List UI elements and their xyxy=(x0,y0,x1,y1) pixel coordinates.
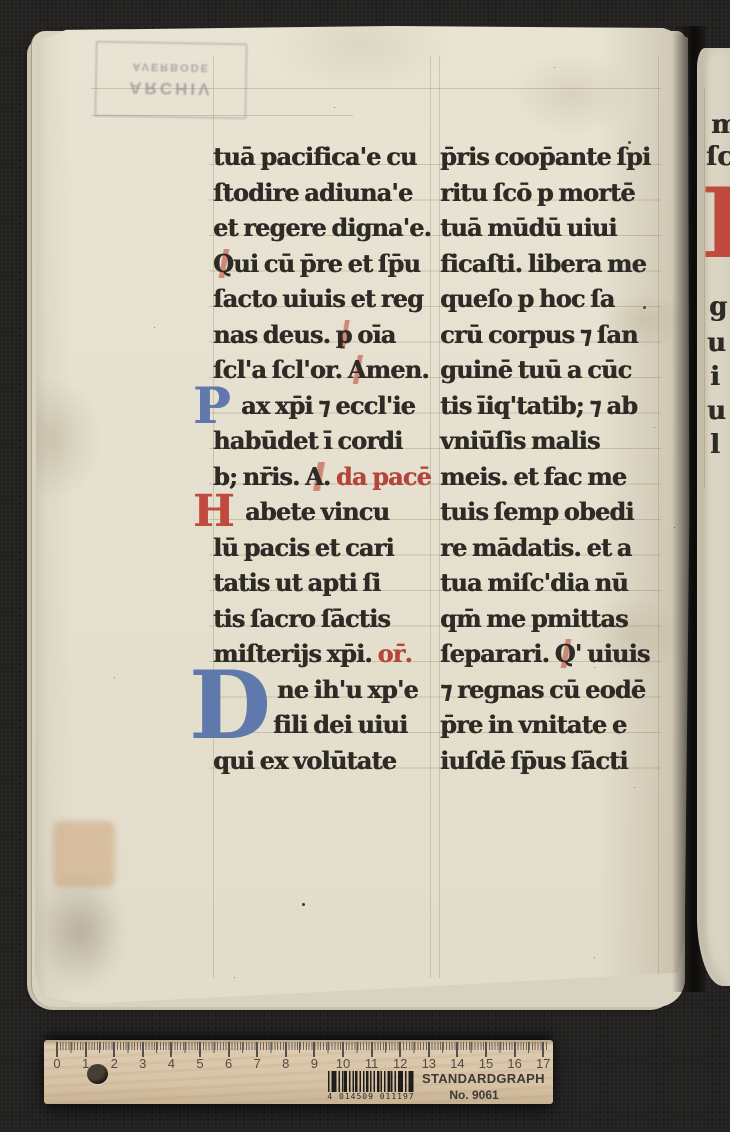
illuminated-initial-d: D xyxy=(189,659,271,753)
ruler-cm-tick xyxy=(142,1042,144,1057)
text-line: ax xp̄i ⁊ eccl'ie xyxy=(213,389,431,425)
parchment-specks xyxy=(628,141,631,144)
ruler-cm-number: 10 xyxy=(332,1056,354,1071)
ruler-cm-tick xyxy=(514,1042,516,1057)
text-line: re mādatis. et a xyxy=(440,531,658,567)
text-line: ſeparari. Q' uiuis xyxy=(440,637,658,673)
text-segment: ne ih'u xp'e xyxy=(277,675,418,704)
text-segment: A. xyxy=(305,462,330,491)
text-line: tatis ut apti ſi xyxy=(213,566,431,602)
text-segment: tis ſacro ſāctis xyxy=(213,604,390,633)
illuminated-initial-h: H xyxy=(193,490,235,534)
text-segment: lū pacis et cari xyxy=(213,533,394,562)
smudge-stain xyxy=(35,871,125,991)
text-segment: b; nr̄is. xyxy=(213,462,305,491)
facing-page-red-initial: L xyxy=(701,176,730,272)
ruler-model-number: No. 9061 xyxy=(422,1088,526,1102)
text-line: lū pacis et cari xyxy=(213,531,431,567)
text-segment: men. xyxy=(366,355,429,384)
text-line: Qui cū p̄re et ſp̄u xyxy=(213,247,431,283)
text-line: p̄re in vnitate e xyxy=(440,708,658,744)
text-line: abete vincu xyxy=(213,495,431,531)
ruler-cm-tick xyxy=(56,1042,58,1057)
facing-text-fragment: u xyxy=(707,398,726,424)
text-segment: or̄. xyxy=(377,639,412,668)
ruler-cm-tick xyxy=(228,1042,230,1057)
ruler-cm-number: 13 xyxy=(418,1056,440,1071)
text-segment: habūdet ī cordi xyxy=(213,426,402,455)
text-line: b; nr̄is. A. da pacē xyxy=(213,460,431,496)
ruler-cm-number: 12 xyxy=(389,1056,411,1071)
ruler: 01234567891011121314151617 4 014509 0111… xyxy=(44,1040,553,1104)
text-line: ſcl'a ſcl'or. Amen. xyxy=(213,353,431,389)
text-line: ſtodire adiuna'e xyxy=(213,176,431,212)
ruler-brand: STANDARDGRAPH xyxy=(422,1071,526,1086)
text-column-left: P H D tuā pacifica'e cuſtodire adiuna'ee… xyxy=(213,140,431,779)
text-segment: ax xp̄i ⁊ eccl'ie xyxy=(241,391,415,420)
facing-text-fragment: g xyxy=(709,294,727,320)
facing-text-fragment: u xyxy=(707,330,726,356)
text-segment: p̄ris coop̄ante ſpi xyxy=(440,142,650,171)
ruler-cm-tick xyxy=(199,1042,201,1057)
ruler-cm-number: 5 xyxy=(189,1056,211,1071)
ruling-line-vertical xyxy=(704,88,705,488)
facing-text-fragment: m xyxy=(711,112,730,138)
ruler-cm-number: 3 xyxy=(132,1056,154,1071)
ruler-hanging-hole xyxy=(87,1064,108,1084)
text-line: et regere digna'e. xyxy=(213,211,431,247)
text-segment: p xyxy=(336,320,352,349)
ruler-cm-number: 11 xyxy=(361,1056,383,1071)
ruler-cm-number: 8 xyxy=(275,1056,297,1071)
text-segment: tatis ut apti ſi xyxy=(213,568,380,597)
ruler-cm-number: 7 xyxy=(246,1056,268,1071)
text-line: vniūſis malis xyxy=(440,424,658,460)
facing-text-fragment: l xyxy=(710,432,720,458)
text-segment: tis īiq'tatib; ⁊ ab xyxy=(440,391,637,420)
text-segment: et regere digna'e. xyxy=(213,213,431,242)
text-segment: ſtodire adiuna'e xyxy=(213,178,412,207)
text-segment: fili dei uiui xyxy=(273,710,407,739)
ruler-cm-tick xyxy=(85,1042,87,1057)
text-column-right: p̄ris coop̄ante ſpiritu ſcō p mortētuā m… xyxy=(440,140,658,779)
ruler-cm-number: 6 xyxy=(218,1056,240,1071)
ruler-cm-tick xyxy=(542,1042,544,1057)
text-segment: p̄re in vnitate e xyxy=(440,710,626,739)
ruler-cm-tick xyxy=(256,1042,258,1057)
text-line: meis. et fac me xyxy=(440,460,658,496)
text-segment: re mādatis. et a xyxy=(440,533,631,562)
text-line: guinē tuū a cūc xyxy=(440,353,658,389)
text-segment: tuā mūdū uiui xyxy=(440,213,617,242)
text-segment: ſeparari. xyxy=(440,639,555,668)
ruler-cm-tick xyxy=(428,1042,430,1057)
ruler-cm-tick xyxy=(313,1042,315,1057)
text-line: tuā mūdū uiui xyxy=(440,211,658,247)
ruler-cm-number: 0 xyxy=(46,1056,68,1071)
text-segment: tua miſc'dia nū xyxy=(440,568,628,597)
facing-text-fragment: i xyxy=(710,364,720,390)
ruling-line-margin xyxy=(91,115,353,116)
text-segment: guinē tuū a cūc xyxy=(440,355,631,384)
text-segment: Q xyxy=(213,249,233,278)
ruler-cm-tick xyxy=(170,1042,172,1057)
ruler-cm-number: 9 xyxy=(303,1056,325,1071)
text-segment: da pacē xyxy=(336,462,431,491)
text-segment: tuā pacifica'e cu xyxy=(213,142,417,171)
text-segment: qm̄ me pmittas xyxy=(440,604,628,633)
facing-page-edge: L mſcguiul xyxy=(697,48,730,986)
text-segment: A xyxy=(348,355,366,384)
text-line: qm̄ me pmittas xyxy=(440,602,658,638)
text-line: tis ſacro ſāctis xyxy=(213,602,431,638)
text-line: tis īiq'tatib; ⁊ ab xyxy=(440,389,658,425)
text-line: ⁊ regnas cū eodē xyxy=(440,673,658,709)
text-segment: ſcl'a ſcl'or. xyxy=(213,355,348,384)
text-line: crū corpus ⁊ ſan xyxy=(440,318,658,354)
ruler-cm-tick xyxy=(342,1042,344,1057)
text-segment: ui cū p̄re et ſp̄u xyxy=(233,249,420,278)
text-segment: abete vincu xyxy=(245,497,389,526)
text-segment: meis. et fac me xyxy=(440,462,626,491)
ruler-cm-tick xyxy=(456,1042,458,1057)
text-line: ritu ſcō p mortē xyxy=(440,176,658,212)
text-segment: ' uiuis xyxy=(575,639,650,668)
barcode xyxy=(328,1071,414,1092)
text-segment: ficaſti. libera me xyxy=(440,249,646,278)
text-segment: tuis ſemp obedi xyxy=(440,497,634,526)
text-segment: Q xyxy=(555,639,575,668)
text-segment: vniūſis malis xyxy=(440,426,600,455)
barcode-digits: 4 014509 011197 xyxy=(324,1092,418,1101)
stamp-text-line2: AVERBODE xyxy=(132,61,210,74)
text-segment: queſo p hoc ſa xyxy=(440,284,614,313)
facing-text-fragment: ſc xyxy=(706,144,730,170)
text-line: iuſdē ſp̄us ſācti xyxy=(440,744,658,780)
photo-of-manuscript: { "manuscript": { "stamp": {"line1": "AR… xyxy=(0,0,730,1132)
ruling-line-margin xyxy=(91,88,661,89)
ruling-line-vertical xyxy=(658,56,659,978)
ruler-half-cm-ticks xyxy=(57,1042,549,1053)
text-line: ſacto uiuis et reg xyxy=(213,282,431,318)
ruler-cm-tick xyxy=(399,1042,401,1057)
text-segment: nas deus. xyxy=(213,320,336,349)
ruler-cm-tick xyxy=(113,1042,115,1057)
text-line: tuis ſemp obedi xyxy=(440,495,658,531)
ruler-cm-number: 4 xyxy=(160,1056,182,1071)
text-segment: crū corpus ⁊ ſan xyxy=(440,320,638,349)
ruler-cm-number: 16 xyxy=(504,1056,526,1071)
text-line: ficaſti. libera me xyxy=(440,247,658,283)
ruler-cm-tick xyxy=(371,1042,373,1057)
text-segment: ſacto uiuis et reg xyxy=(213,284,423,313)
manuscript-page: ARCHIV AVERBODE P H D tuā pacifica'e cuſ… xyxy=(33,26,690,1008)
ruler-cm-number: 14 xyxy=(446,1056,468,1071)
text-line: tua miſc'dia nū xyxy=(440,566,658,602)
ruler-cm-number: 15 xyxy=(475,1056,497,1071)
text-line: habūdet ī cordi xyxy=(213,424,431,460)
text-line: nas deus. p oīa xyxy=(213,318,431,354)
ruler-cm-tick xyxy=(485,1042,487,1057)
text-line: queſo p hoc ſa xyxy=(440,282,658,318)
ruler-cm-tick xyxy=(285,1042,287,1057)
archive-stamp-showthrough: ARCHIV AVERBODE xyxy=(94,41,247,120)
illuminated-initial-p: P xyxy=(193,381,231,431)
text-segment: ritu ſcō p mortē xyxy=(440,178,635,207)
text-line: p̄ris coop̄ante ſpi xyxy=(440,140,658,176)
text-segment: ⁊ regnas cū eodē xyxy=(440,675,645,704)
ruler-cm-number: 17 xyxy=(532,1056,554,1071)
text-segment: oīa xyxy=(352,320,396,349)
text-segment: iuſdē ſp̄us ſācti xyxy=(440,746,628,775)
text-line: tuā pacifica'e cu xyxy=(213,140,431,176)
